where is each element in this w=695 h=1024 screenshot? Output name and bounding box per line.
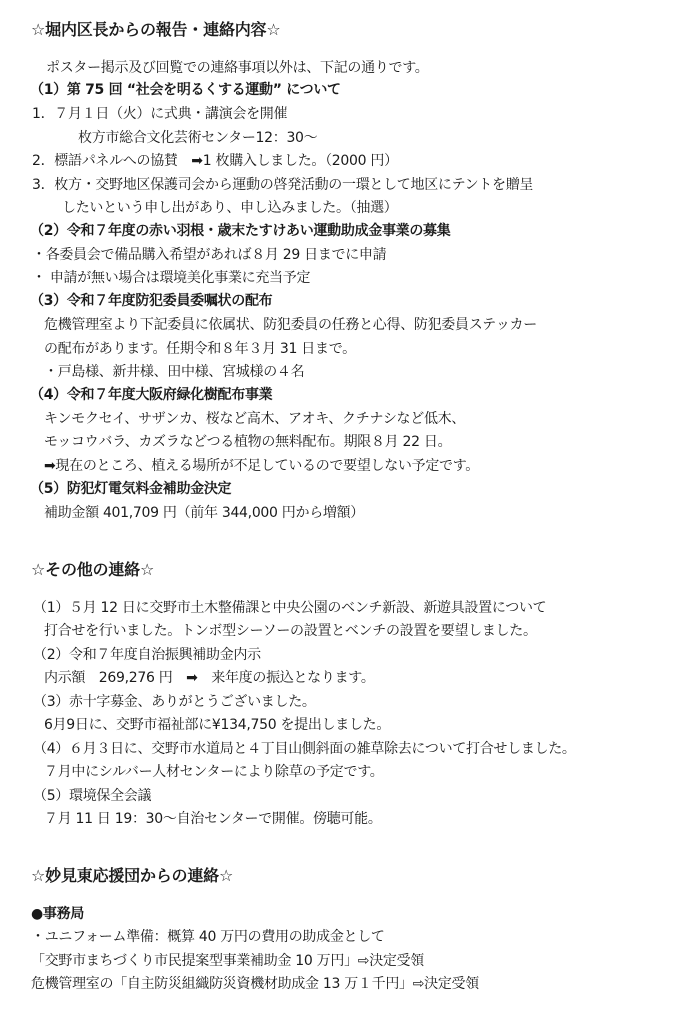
item1-line-5: したいという申し出があり、申し込みました。（抽選）	[62, 198, 398, 218]
item3-line-2: の配布があります。任期令和８年３月 31 日まで。	[44, 339, 356, 359]
support-line-2: 「交野市まちづくり市民提案型事業補助金 10 万円」⇨決定受領	[31, 951, 424, 971]
other-line-1: （1）５月 12 日に交野市土木整備課と中央公園のベンチ新設、新遊具設置について	[33, 598, 546, 618]
support-line-1: ・ユニフォーム準備：概算 40 万円の費用の助成金として	[31, 927, 385, 947]
item2-line-1: ・各委員会で備品購入希望があれば８月 29 日までに申請	[32, 245, 386, 265]
item4-line-3: ➡現在のところ、植える場所が不足しているので要望しない予定です。	[44, 456, 479, 476]
item-heading-3: （3）令和７年度防犯委員委嘱状の配布	[30, 291, 272, 311]
item4-line-1: キンモクセイ、サザンカ、桜など高木、アオキ、クチナシなど低木、	[44, 409, 465, 429]
item-heading-2: （2）令和７年度の赤い羽根・歳末たすけあい運動助成金事業の募集	[30, 221, 450, 241]
item1-line-1: 1．７月１日（火）に式典・講演会を開催	[32, 104, 287, 124]
other-line-5: （3）赤十字募金、ありがとうございました。	[33, 692, 316, 712]
item5-line-1: 補助金額 401,709 円（前年 344,000 円から増額）	[44, 503, 364, 523]
other-line-3: （2）令和７年度自治振興補助金内示	[33, 645, 261, 665]
item-heading-1: （1）第 75 回 “社会を明るくする運動” について	[30, 80, 341, 100]
item3-line-3: ・戸島様、新井様、田中様、宮城様の４名	[44, 362, 304, 382]
item-heading-4: （4）令和７年度大阪府緑化樹配布事業	[30, 385, 272, 405]
intro-text: ポスター掲示及び回覧での連絡事項以外は、下記の通りです。	[46, 58, 428, 78]
item1-line-4: 3．枚方・交野地区保護司会から運動の啓発活動の一環として地区にテントを贈呈	[32, 175, 533, 195]
other-line-4: 内示額 269,276 円 ➡ 来年度の振込となります。	[44, 668, 375, 688]
item1-line-2: 枚方市総合文化芸術センター12：30～	[78, 128, 317, 148]
section-title-myoken-support: ☆妙見東応援団からの連絡☆	[31, 866, 233, 886]
item1-line-3: 2．標語パネルへの協賛 ➡1 枚購入しました。（2000 円）	[32, 151, 398, 171]
item3-line-1: 危機管理室より下記委員に依属状、防犯委員の任務と心得、防犯委員ステッカー	[44, 315, 537, 335]
section-title-chief-report: ☆堀内区長からの報告・連絡内容☆	[31, 20, 281, 40]
support-line-3: 危機管理室の「自主防災組織防災資機材助成金 13 万１千円」⇨決定受領	[31, 974, 479, 994]
other-line-6: 6月9日に、交野市福祉部に¥134,750 を提出しました。	[44, 715, 390, 735]
other-line-2: 打合せを行いました。トンボ型シーソーの設置とベンチの設置を要望しました。	[44, 621, 537, 641]
section-title-other-notices: ☆その他の連絡☆	[31, 560, 154, 580]
other-line-7: （4）６月３日に、交野市水道局と４丁目山側斜面の雑草除去について打合せしました。	[33, 739, 576, 759]
other-line-9: （5）環境保全会議	[33, 786, 151, 806]
item-heading-5: （5）防犯灯電気料金補助金決定	[30, 479, 231, 499]
secretariat-heading: ●事務局	[31, 904, 84, 924]
item4-line-2: モッコウバラ、カズラなどつる植物の無料配布。期限８月 22 日。	[44, 432, 451, 452]
other-line-10: ７月 11 日 19：30～自治センターで開催。傍聴可能。	[44, 809, 382, 829]
other-line-8: ７月中にシルバー人材センターにより除草の予定です。	[44, 762, 384, 782]
item2-line-2: ・ 申請が無い場合は環境美化事業に充当予定	[32, 268, 310, 288]
